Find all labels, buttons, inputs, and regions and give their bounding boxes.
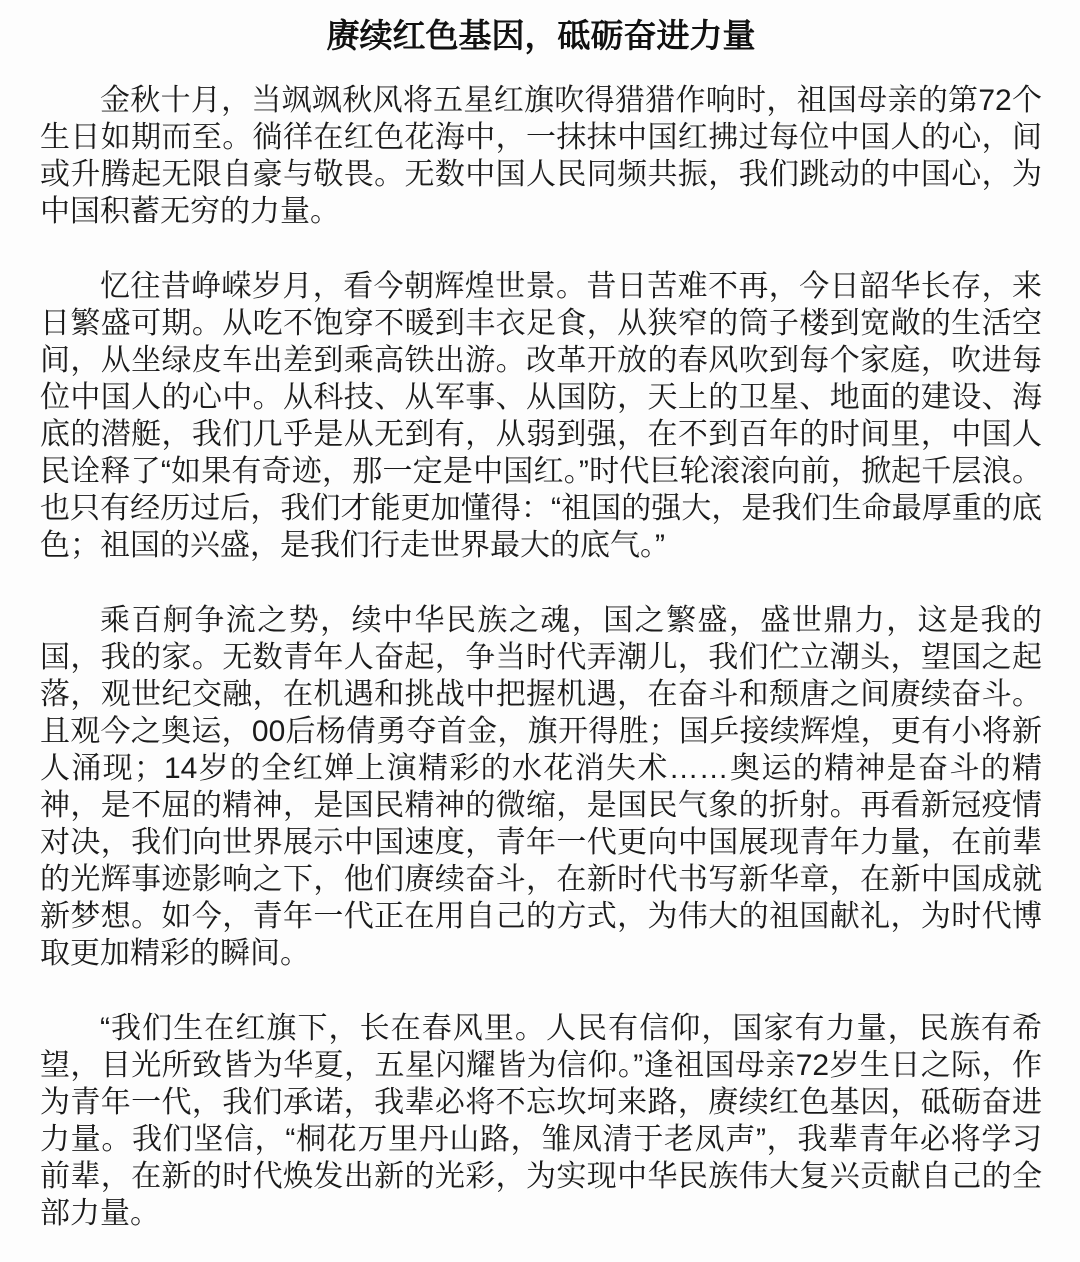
paragraph-1: 金秋十月，当飒飒秋风将五星红旗吹得猎猎作响时，祖国母亲的第72个生日如期而至。徜… (40, 82, 1042, 230)
document-title: 赓续红色基因，砥砺奋进力量 (40, 16, 1042, 56)
paragraph-3: 乘百舸争流之势，续中华民族之魂，国之繁盛，盛世鼎力，这是我的国，我的家。无数青年… (40, 602, 1042, 972)
document-body: 金秋十月，当飒飒秋风将五星红旗吹得猎猎作响时，祖国母亲的第72个生日如期而至。徜… (40, 82, 1042, 1232)
document-page: 赓续红色基因，砥砺奋进力量 金秋十月，当飒飒秋风将五星红旗吹得猎猎作响时，祖国母… (0, 0, 1080, 1262)
paragraph-4: “我们生在红旗下，长在春风里。人民有信仰，国家有力量，民族有希望，目光所致皆为华… (40, 1010, 1042, 1232)
paragraph-2: 忆往昔峥嵘岁月，看今朝辉煌世景。昔日苦难不再，今日韶华长存，来日繁盛可期。从吃不… (40, 268, 1042, 564)
